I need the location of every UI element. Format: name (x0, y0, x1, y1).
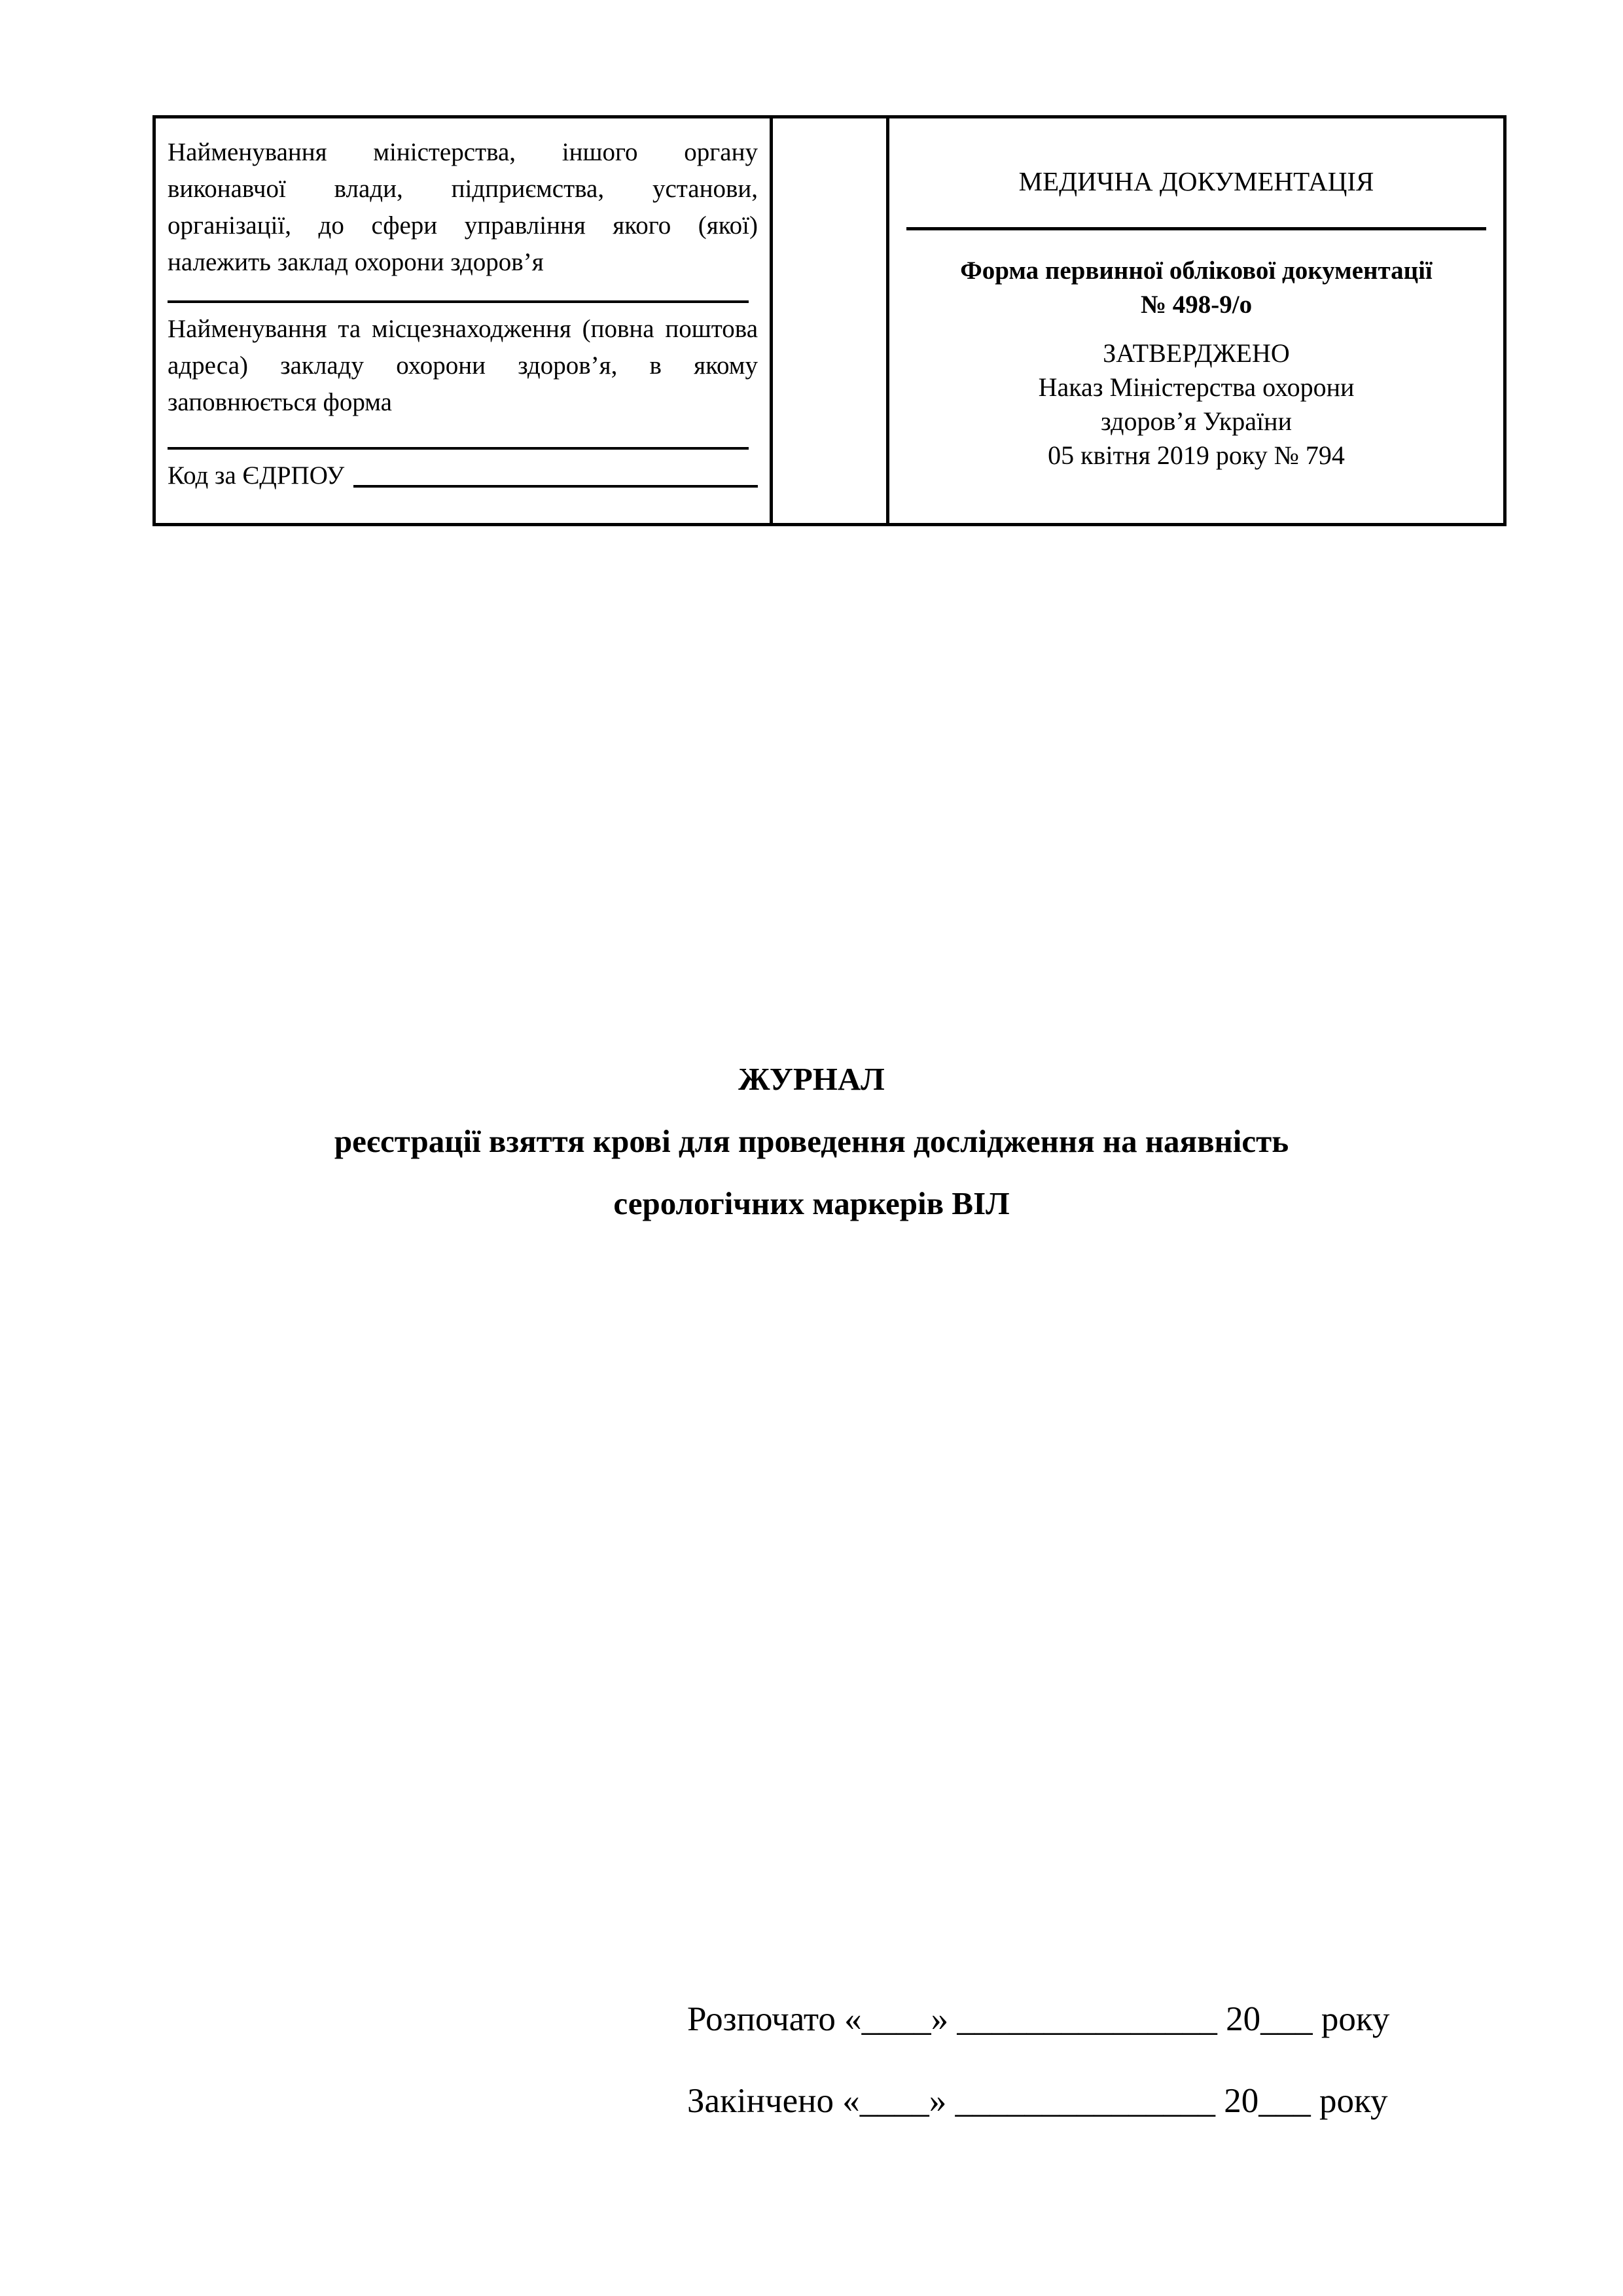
edrpou-row: Код за ЄДРПОУ (168, 457, 758, 494)
started-date-line[interactable]: Розпочато «____» _______________ 20___ р… (687, 2000, 1389, 2039)
edrpou-blank-field[interactable] (353, 459, 758, 488)
order-line: Наказ Міністерства охорони (906, 370, 1486, 404)
order-date-number: 05 квітня 2019 року № 794 (906, 439, 1486, 473)
ministry-blank-line[interactable] (168, 281, 749, 303)
approval-block: ЗАТВЕРДЖЕНО Наказ Міністерства охорони з… (906, 336, 1486, 473)
institution-info-cell: Найменування міністерства, іншого органу… (156, 118, 773, 523)
form-number: № 498-9/о (906, 288, 1486, 322)
medical-documentation-label: МЕДИЧНА ДОКУМЕНТАЦІЯ (906, 118, 1486, 227)
form-number-title: Форма первинної облікової документації №… (906, 254, 1486, 322)
ministry-label: Найменування міністерства, іншого органу… (168, 134, 758, 281)
header-table: Найменування міністерства, іншого органу… (152, 115, 1507, 526)
finished-date-line[interactable]: Закінчено «____» _______________ 20___ р… (687, 2081, 1387, 2121)
form-title-line: Форма первинної облікової документації (906, 254, 1486, 288)
divider-rule (906, 227, 1486, 230)
journal-title: ЖУРНАЛ (0, 1060, 1623, 1098)
empty-spacer-cell (773, 118, 889, 523)
journal-subtitle: реєстрації взяття крові для проведення д… (0, 1122, 1623, 1160)
order-line: здоров’я України (906, 404, 1486, 439)
facility-blank-line[interactable] (168, 421, 749, 450)
form-info-cell: МЕДИЧНА ДОКУМЕНТАЦІЯ Форма первинної обл… (889, 118, 1503, 523)
facility-label: Найменування та місцезнаходження (повна … (168, 311, 758, 421)
journal-subtitle-cont: серологічних маркерів ВІЛ (0, 1185, 1623, 1222)
approved-label: ЗАТВЕРДЖЕНО (906, 336, 1486, 370)
edrpou-label: Код за ЄДРПОУ (168, 457, 344, 494)
